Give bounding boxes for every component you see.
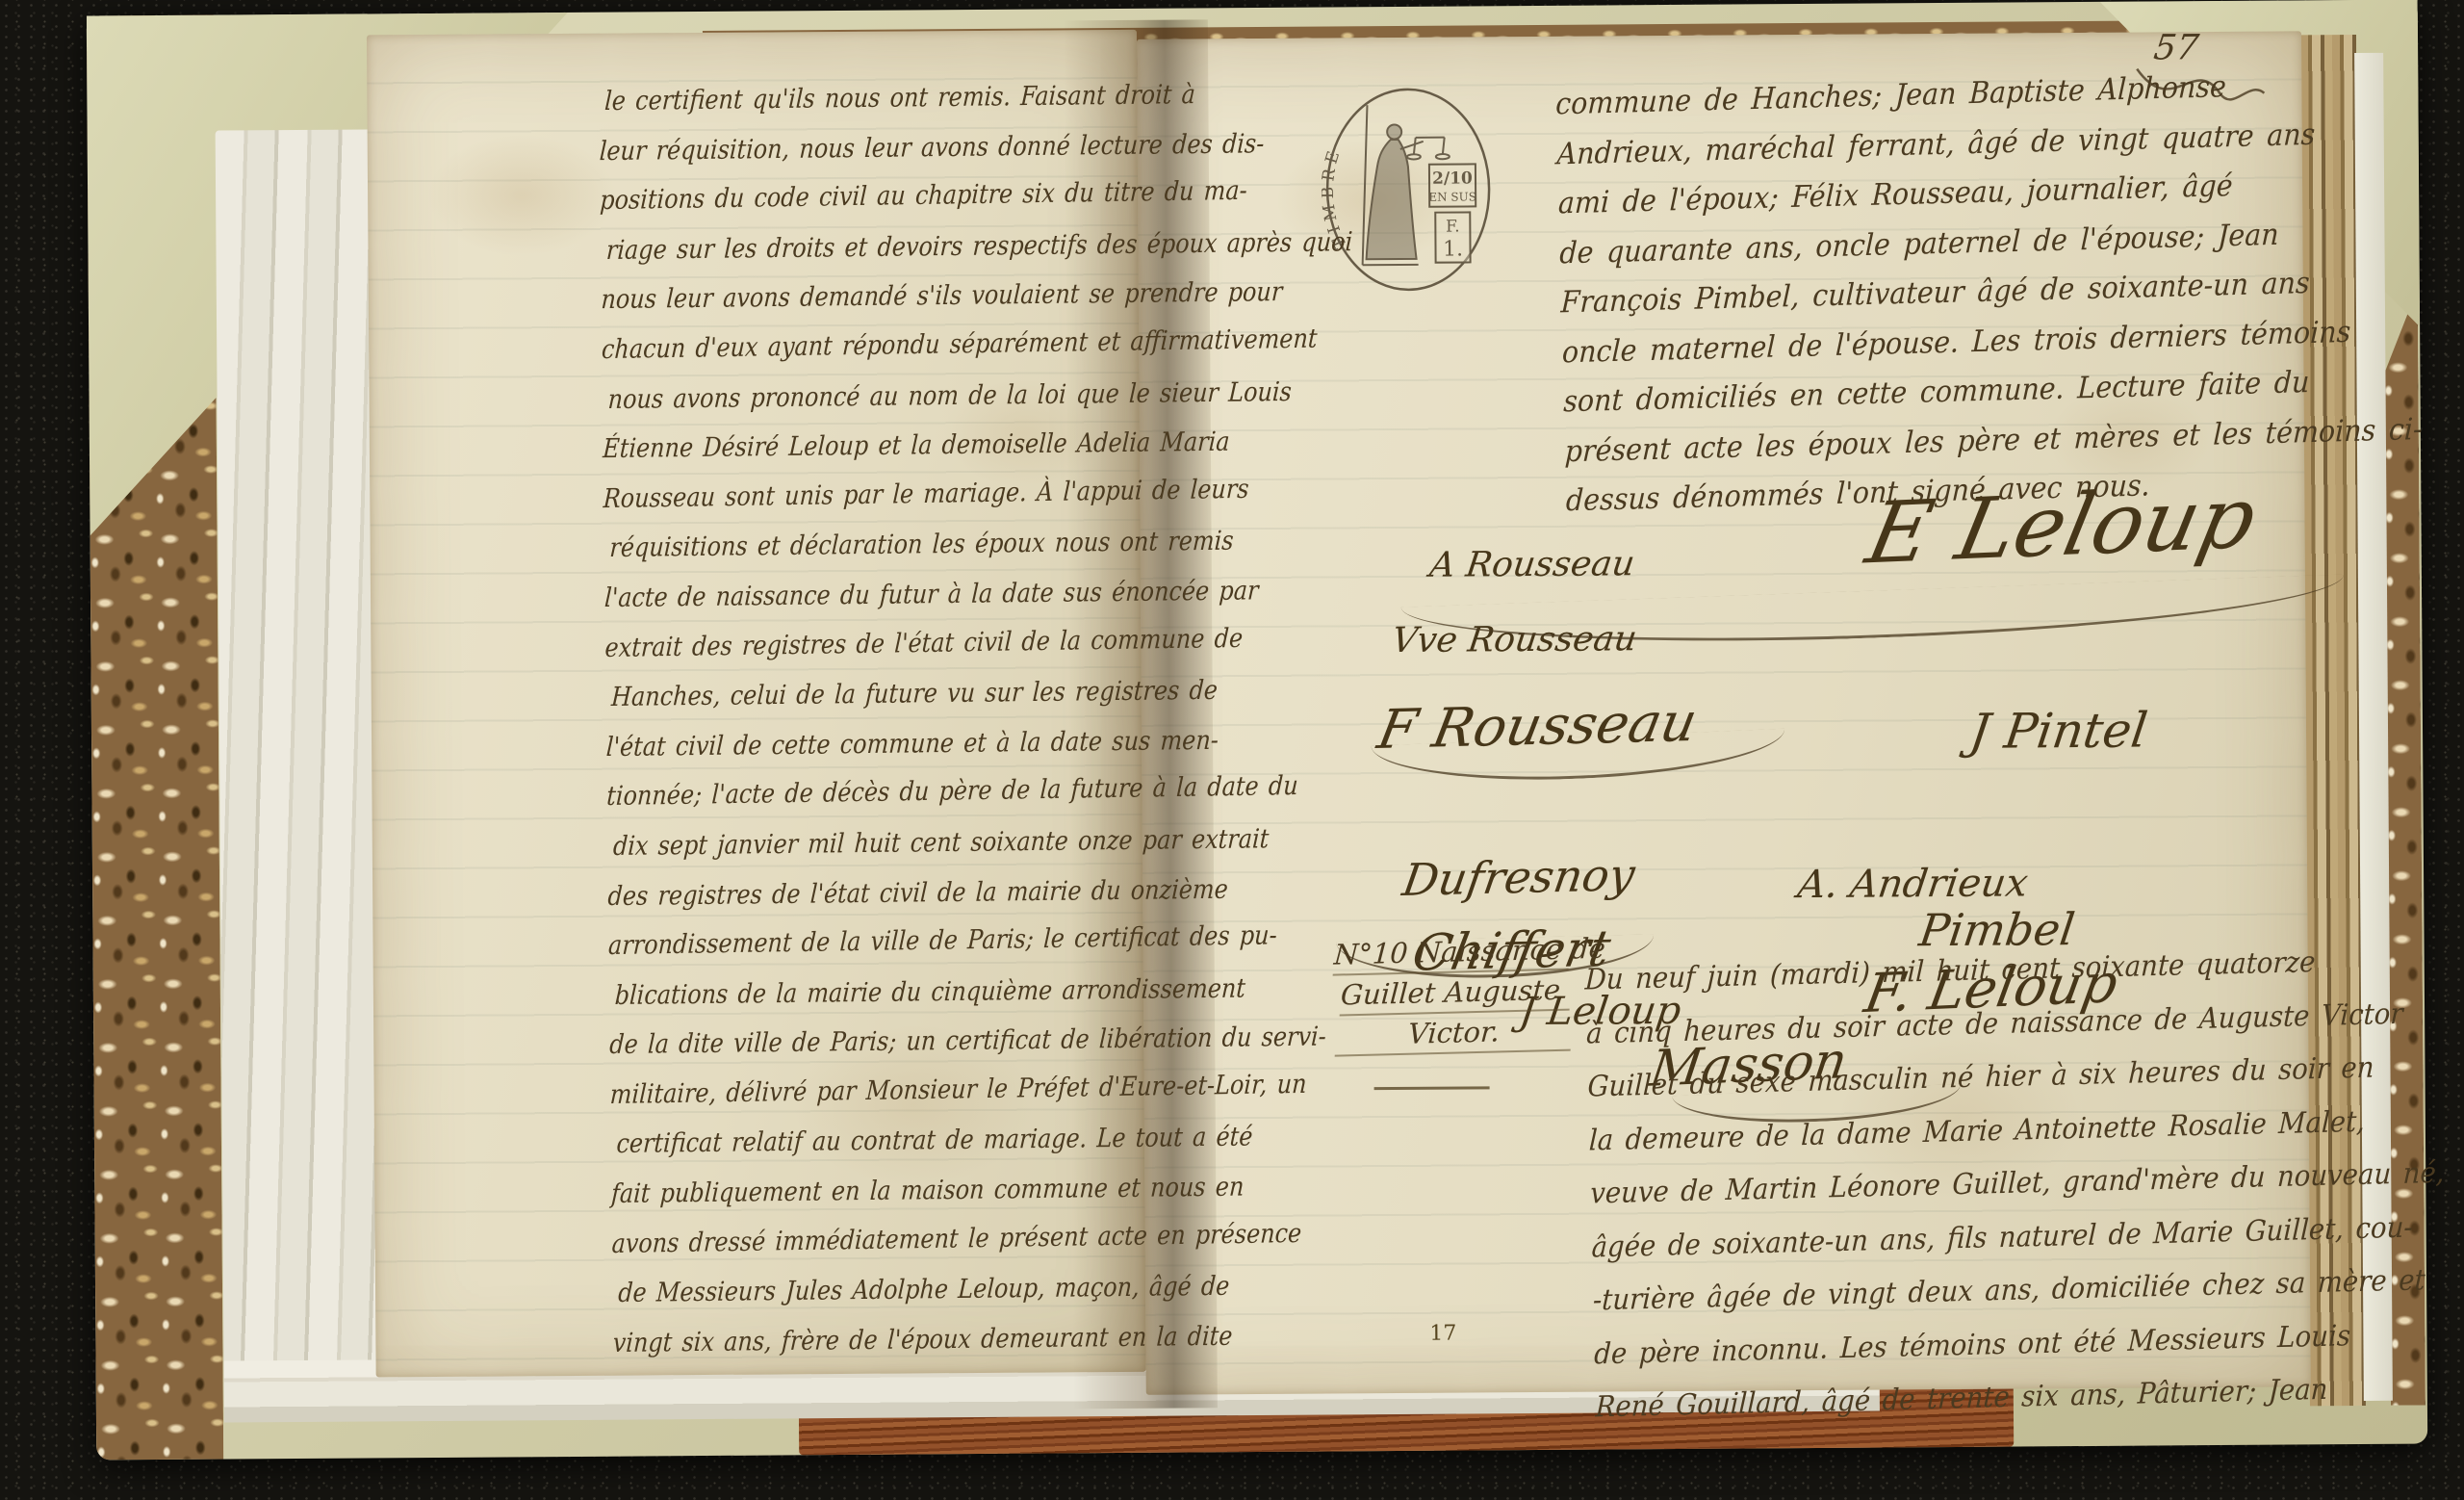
signature: J Pintel (1966, 703, 2150, 760)
margin-note-line: N°10 Naissance de (1333, 930, 1572, 976)
birth-act-text: Du neuf juin (mardi) mil huit cent soixa… (1582, 935, 2354, 1435)
register-book: TIMBRE 2/10 EN SUS (87, 0, 2427, 1460)
margin-note-line: Guillet Auguste (1340, 970, 1573, 1017)
signature: A Rousseau (1427, 544, 1637, 585)
margin-note-birth: N°10 Naissance de Guillet Auguste Victor… (1333, 930, 1572, 1057)
signature: Dufresnoy (1399, 848, 1639, 906)
sheet-mark: 17 (1429, 1322, 1456, 1346)
signature: E Leloup (1859, 468, 2264, 583)
margin-note-line: Victor. (1335, 1011, 1574, 1057)
photo-background: TIMBRE 2/10 EN SUS (0, 0, 2464, 1500)
signature: A. Andrieux (1795, 861, 2031, 907)
